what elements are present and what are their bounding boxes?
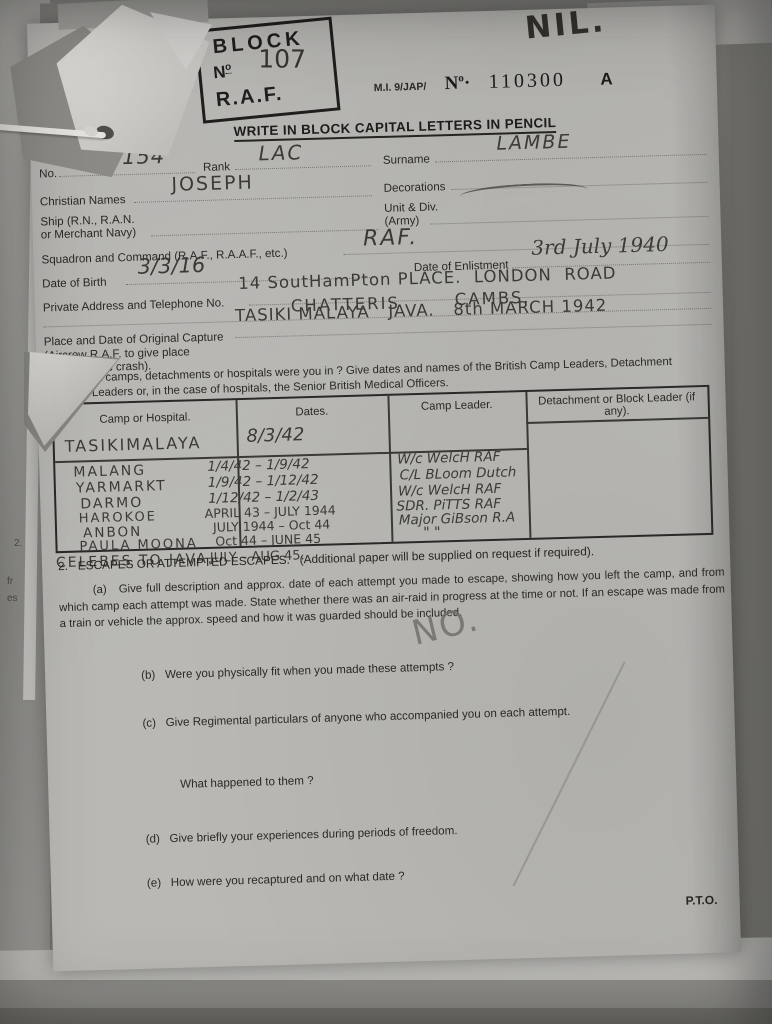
table-dates: 8/3/42 xyxy=(246,424,305,447)
address-value-line1: 14 SoutHamPton PLACE. LONDON ROAD xyxy=(238,263,617,293)
under-page-bottom-dark xyxy=(0,1008,772,1024)
under-page-fragment: es xyxy=(7,593,18,604)
table-row: YARMARKT xyxy=(76,478,167,497)
table-leader-ditto: " " xyxy=(423,524,441,540)
table-leader: Major GiBson R.A xyxy=(399,509,516,528)
nil-annotation: NIL. xyxy=(524,3,608,47)
escapes-b: (b) Were you physically fit when you mad… xyxy=(141,660,454,682)
stamp-line-raf: R.A.F. xyxy=(215,83,284,112)
block-number-stamp: BLOCK No 107 R.A.F. xyxy=(194,17,341,124)
table-divider xyxy=(525,392,531,538)
escapes-a-text: Give full description and approx. date o… xyxy=(59,567,725,631)
escapes-b-text: Were you physically fit when you made th… xyxy=(165,660,454,681)
escapes-d-text: Give briefly your experiences during per… xyxy=(169,824,457,845)
escapes-c2-text: What happened to them ? xyxy=(180,774,314,791)
col-header-leader: Camp Leader. xyxy=(392,398,522,414)
escapes-b-label: (b) xyxy=(141,668,156,681)
dob-value: 3/3/16 xyxy=(137,253,205,279)
unit-div-label-line1: Unit & Div. xyxy=(384,200,438,215)
escapes-c-label: (c) xyxy=(142,716,156,729)
surname-label: Surname xyxy=(383,153,430,167)
col-header-detachment: Detachment or Block Leader (if any). xyxy=(531,391,702,420)
escapes-d: (d) Give briefly your experiences during… xyxy=(146,824,458,846)
escapes-e: (e) How were you recaptured and on what … xyxy=(147,870,405,890)
dob-label: Date of Birth xyxy=(42,276,107,291)
surname-value: LAMBE xyxy=(496,131,572,155)
enlistment-value: 3rd July 1940 xyxy=(531,232,669,260)
ref-letter: A xyxy=(600,69,613,88)
under-page-fragment: 2. xyxy=(14,538,22,549)
paper-crease xyxy=(513,662,626,887)
escapes-number: 2. xyxy=(58,559,68,573)
ship-label-line2: or Merchant Navy) xyxy=(41,226,137,242)
decorations-strikethrough xyxy=(460,181,588,197)
address-label: Private Address and Telephone No. xyxy=(43,296,225,314)
decorations-label: Decorations xyxy=(383,180,445,195)
capture-label-line1: Place and Date of Original Capture xyxy=(44,330,224,348)
table-divider xyxy=(387,396,393,542)
escapes-a-label: (a) xyxy=(93,584,107,596)
christian-names-label: Christian Names xyxy=(40,193,126,208)
table-row: TASIKIMALAYA xyxy=(64,433,201,456)
ref-no-label: No· xyxy=(444,72,470,94)
escapes-c2: What happened to them ? xyxy=(180,774,314,791)
stamp-number-handwritten: 107 xyxy=(258,44,306,73)
col-header-camp: Camp or Hospital. xyxy=(58,410,232,427)
camps-table: Camp or Hospital. Dates. Camp Leader. De… xyxy=(52,385,714,553)
service-no-label: No. xyxy=(39,167,57,180)
escapes-e-label: (e) xyxy=(147,876,162,889)
escapes-c: (c) Give Regimental particulars of anyon… xyxy=(142,705,570,730)
pow-form-photo: 2. fr es CONFIDENTIAL BLOCK No 107 R.A.F… xyxy=(0,0,772,1024)
christian-names-value: JOSEPH xyxy=(171,172,254,196)
escapes-e-text: How were you recaptured and on what date… xyxy=(171,870,405,890)
squadron-value: RAF. xyxy=(363,225,419,252)
ref-number: 110300 xyxy=(488,69,566,93)
escapes-d-label: (d) xyxy=(146,832,161,845)
escapes-a-paragraph: (a) Give full description and approx. da… xyxy=(59,565,726,633)
pto-label: P.T.O. xyxy=(685,893,717,908)
reference-number-line: M.I. 9/JAP/ No· 110300 A xyxy=(373,67,613,97)
table-dates: Oct 44 – JUNE 45 xyxy=(215,531,321,549)
ref-prefix: M.I. 9/JAP/ xyxy=(374,81,427,94)
escapes-c-text: Give Regimental particulars of anyone wh… xyxy=(165,705,570,729)
under-page-fragment: fr xyxy=(7,576,13,587)
col-header-dates: Dates. xyxy=(240,404,384,420)
escapes-note: (Additional paper will be supplied on re… xyxy=(299,544,594,566)
rank-value: LAC xyxy=(258,140,303,165)
stamp-no-label: No xyxy=(212,62,232,84)
